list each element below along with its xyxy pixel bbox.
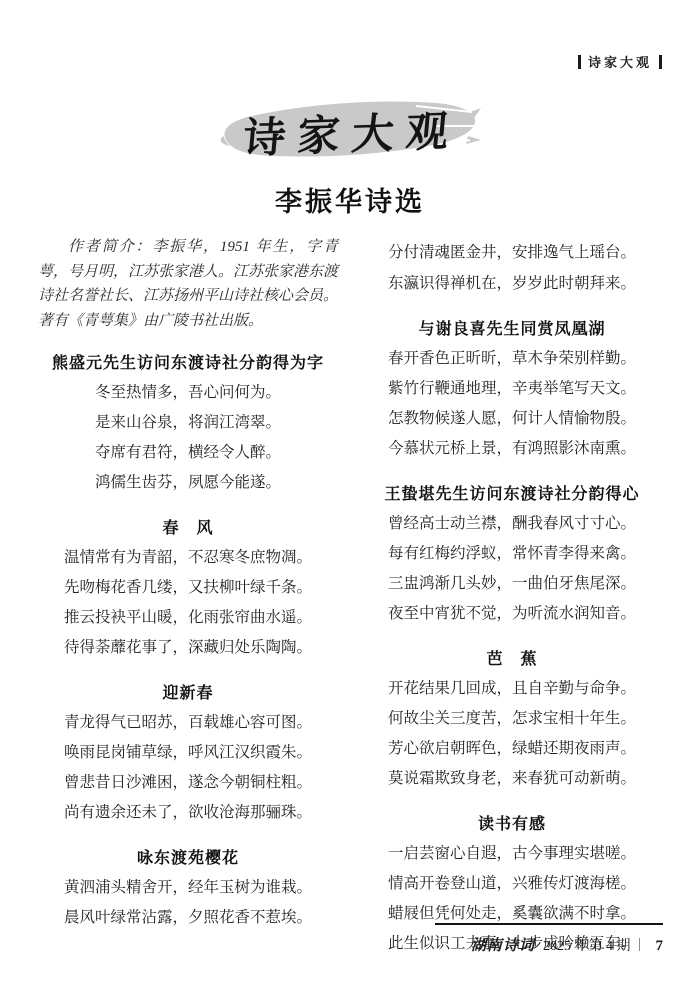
poem-line: 东瀛识得禅机在，岁岁此时朝拜来。 [362,268,662,299]
poem-line: 夜至中宵犹不觉，为听流水润知音。 [362,599,662,629]
poem-line: 是来山谷泉，将润江湾翠。 [38,408,338,438]
poem-title: 迎新春 [38,680,338,703]
page-title: 李振华诗选 [0,180,700,219]
poem-continuation: 分付清魂匿金井，安排逸气上瑶台。 东瀛识得禅机在，岁岁此时朝拜来。 [362,237,662,299]
right-column: 分付清魂匿金井，安排逸气上瑶台。 东瀛识得禅机在，岁岁此时朝拜来。 与谢良喜先生… [362,233,662,959]
poem-block: 春 风 温情常有为青韶，不忍寒冬庶物凋。 先吻梅花香几缕，又扶柳叶绿千条。 推云… [38,515,338,663]
header-bar-right-icon [659,55,662,69]
footer-divider [639,938,640,951]
poem-line: 晨风叶绿常沾露，夕照花香不惹埃。 [38,903,338,933]
page-number: 7 [656,938,664,955]
poem-line: 唤雨昆岗铺草绿，呼风江汉织霞朱。 [38,738,338,768]
poem-line: 分付清魂匿金井，安排逸气上瑶台。 [362,237,662,268]
poem-line: 紫竹行鞭通地理，辛夷举笔写天文。 [362,374,662,404]
left-column: 作者简介：李振华，1951 年生，字青萼，号月明，江苏张家港人。江苏张家港东渡诗… [38,233,338,959]
poem-title: 熊盛元先生访问东渡诗社分韵得为字 [38,350,338,373]
author-intro: 作者简介：李振华，1951 年生，字青萼，号月明，江苏张家港人。江苏张家港东渡诗… [38,235,338,333]
poem-title: 春 风 [38,515,338,538]
poem-line: 情高开卷登山道，兴雅传灯渡海槎。 [362,869,662,899]
poem-line: 每有红梅约浮蚁，常怀青李得来禽。 [362,539,662,569]
poem-line: 今慕状元桥上景，有鸿照影沐南熏。 [362,434,662,464]
poem-line: 曾经高士动兰襟，酬我春风寸寸心。 [362,509,662,539]
page-body: 作者简介：李振华，1951 年生，字青萼，号月明，江苏张家港人。江苏张家港东渡诗… [0,219,700,959]
poem-block: 熊盛元先生访问东渡诗社分韵得为字 冬至热情多，吾心问何为。 是来山谷泉，将润江湾… [38,350,338,498]
poem-line: 芳心欲启朝晖色，绿蜡还期夜雨声。 [362,734,662,764]
magazine-page: 诗家大观 诗家大观 李振华诗选 作者简介：李振华，1951 年生，字青萼，号月明… [0,0,700,989]
poem-title: 读书有感 [362,811,662,834]
section-header-label: 诗家大观 [588,52,652,71]
poem-line: 青龙得气已昭苏，百载雄心容可图。 [38,708,338,738]
poem-title: 王蛰堪先生访问东渡诗社分韵得心 [362,481,662,504]
poem-line: 推云投袂平山暖，化雨张帘曲水遥。 [38,603,338,633]
poem-line: 何故尘关三度苦，怎求宝相十年生。 [362,704,662,734]
poem-title: 芭 蕉 [362,646,662,669]
poem-block: 咏东渡苑樱花 黄泗浦头精舍开，经年玉树为谁栽。 晨风叶绿常沾露，夕照花香不惹埃。 [38,845,338,933]
poem-title: 与谢良喜先生同赏凤凰湖 [362,316,662,339]
poem-block: 与谢良喜先生同赏凤凰湖 春开香色正昕昕，草木争荣别样勤。 紫竹行鞭通地理，辛夷举… [362,316,662,464]
poem-title: 咏东渡苑樱花 [38,845,338,868]
poem-line: 开花结果几回成，且自辛勤与命争。 [362,674,662,704]
poem-line: 怎教物候遂人愿，何计人情愉物殷。 [362,404,662,434]
poem-line: 温情常有为青韶，不忍寒冬庶物凋。 [38,543,338,573]
poem-line: 一启芸窗心自遐，古今事理实堪嗟。 [362,839,662,869]
poem-line: 待得荼蘼花事了，深藏归处乐陶陶。 [38,633,338,663]
issue-label: 2025 年第 4 期 [543,935,631,955]
poem-line: 莫说霜欺致身老，来春犹可动新萌。 [362,764,662,794]
page-footer: 湖南诗词 2025 年第 4 期 7 [435,923,663,955]
poem-line: 冬至热情多，吾心问何为。 [38,378,338,408]
poem-line: 尚有遗余还未了，欲收沧海那骊珠。 [38,798,338,828]
banner-title: 诗家大观 [214,87,486,176]
poem-line: 黄泗浦头精舍开，经年玉树为谁栽。 [38,873,338,903]
calligraphy-banner: 诗家大观 [218,92,482,172]
section-header: 诗家大观 [578,52,662,71]
poem-block: 王蛰堪先生访问东渡诗社分韵得心 曾经高士动兰襟，酬我春风寸寸心。 每有红梅约浮蚁… [362,481,662,629]
poem-line: 先吻梅花香几缕，又扶柳叶绿千条。 [38,573,338,603]
poem-block: 迎新春 青龙得气已昭苏，百载雄心容可图。 唤雨昆岗铺草绿，呼风江汉织霞朱。 曾悲… [38,680,338,828]
poem-line: 春开香色正昕昕，草木争荣别样勤。 [362,344,662,374]
poem-line: 三盅鸿渐几头妙，一曲伯牙焦尾深。 [362,569,662,599]
poem-line: 夺席有君符，横经令人醉。 [38,438,338,468]
poem-line: 鸿儒生齿芬，夙愿今能遂。 [38,468,338,498]
journal-name: 湖南诗词 [471,934,535,955]
poem-block: 芭 蕉 开花结果几回成，且自辛勤与命争。 何故尘关三度苦，怎求宝相十年生。 芳心… [362,646,662,794]
header-bar-left-icon [578,55,581,69]
poem-line: 曾悲昔日沙滩困，遂念今朝铜柱粗。 [38,768,338,798]
